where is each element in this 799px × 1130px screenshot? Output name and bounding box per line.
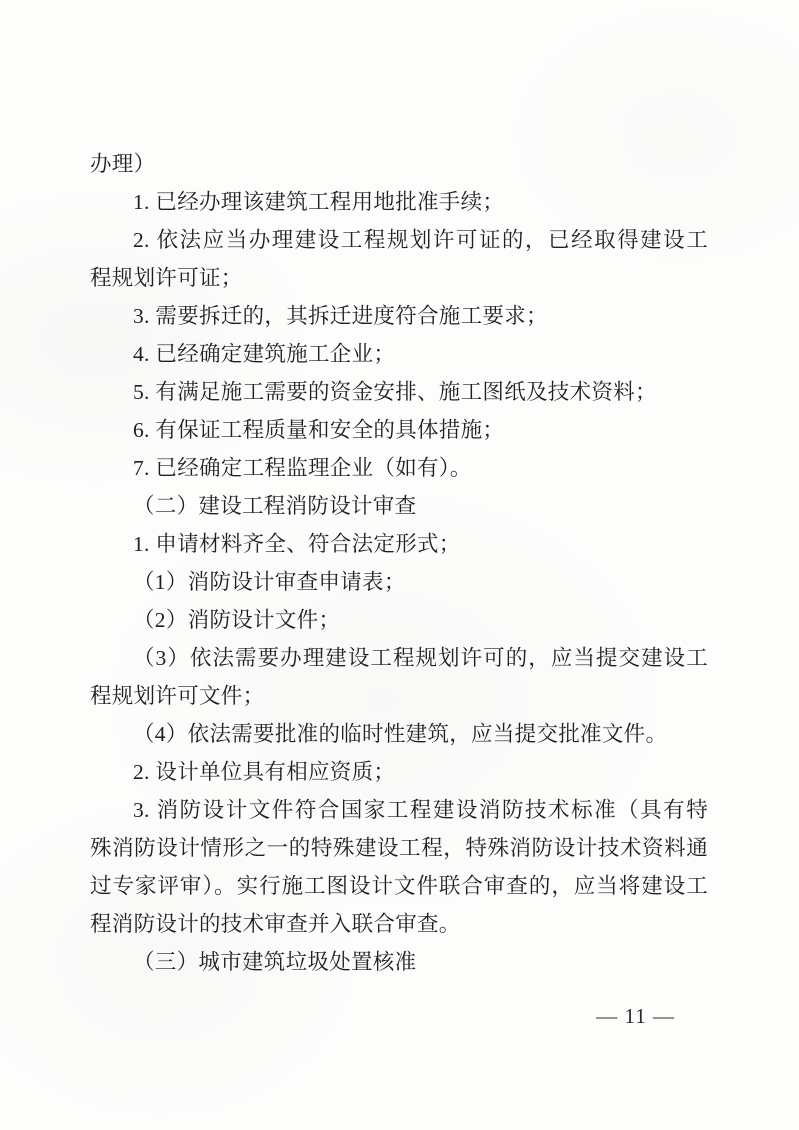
page-number: — 11 — xyxy=(596,1001,675,1031)
text-line: 6. 有保证工程质量和安全的具体措施； xyxy=(90,411,708,449)
text-line: 程规划许可文件； xyxy=(90,677,708,715)
text-line: （1）消防设计审查申请表； xyxy=(90,563,708,601)
text-line: 3. 需要拆迁的，其拆迁进度符合施工要求； xyxy=(90,297,708,335)
text-line: 办理） xyxy=(90,145,708,183)
text-line: 程消防设计的技术审查并入联合审查。 xyxy=(90,905,708,943)
text-line: 2. 设计单位具有相应资质； xyxy=(90,753,708,791)
text-line: 4. 已经确定建筑施工企业； xyxy=(90,335,708,373)
text-line: 殊消防设计情形之一的特殊建设工程，特殊消防设计技术资料通 xyxy=(90,829,708,867)
text-line: 过专家评审）。实行施工图设计文件联合审查的，应当将建设工 xyxy=(90,867,708,905)
text-line: 3. 消防设计文件符合国家工程建设消防技术标准（具有特 xyxy=(90,791,708,829)
text-line: （2）消防设计文件； xyxy=(90,601,708,639)
text-line: （4）依法需要批准的临时性建筑，应当提交批准文件。 xyxy=(90,715,708,753)
text-line: 1. 申请材料齐全、符合法定形式； xyxy=(90,525,708,563)
text-line: 2. 依法应当办理建设工程规划许可证的，已经取得建设工 xyxy=(90,221,708,259)
text-line: （三）城市建筑垃圾处置核准 xyxy=(90,943,708,981)
text-line: 1. 已经办理该建筑工程用地批准手续； xyxy=(90,183,708,221)
document-body: 办理）1. 已经办理该建筑工程用地批准手续；2. 依法应当办理建设工程规划许可证… xyxy=(90,145,708,981)
document-page: 办理）1. 已经办理该建筑工程用地批准手续；2. 依法应当办理建设工程规划许可证… xyxy=(0,0,799,1130)
text-line: （二）建设工程消防设计审查 xyxy=(90,487,708,525)
text-line: 7. 已经确定工程监理企业（如有）。 xyxy=(90,449,708,487)
text-line: 5. 有满足施工需要的资金安排、施工图纸及技术资料； xyxy=(90,373,708,411)
text-line: （3）依法需要办理建设工程规划许可的，应当提交建设工 xyxy=(90,639,708,677)
text-line: 程规划许可证； xyxy=(90,259,708,297)
